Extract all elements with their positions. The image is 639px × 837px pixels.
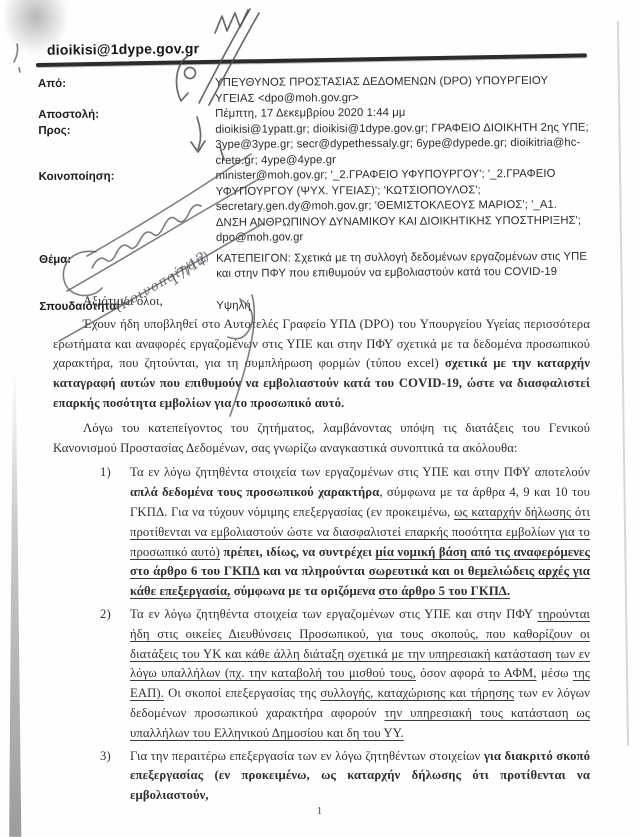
- list-item: 2) Τα εν λόγω ζητηθέντα στοιχεία των εργ…: [53, 605, 590, 744]
- field-row-to: Προς: dioikisi@1ypatt.gr; dioikisi@1dype…: [38, 120, 590, 170]
- text-run: όσον αφορά: [416, 666, 489, 680]
- paragraph-urgency: Λόγω του κατεπείγοντος του ζητήματος, λα…: [53, 419, 590, 459]
- field-row-cc: Κοινοποίηση: minister@moh.gov.gr; '_2.ΓΡ…: [39, 167, 591, 248]
- text-run: Για την περαιτέρω επεξεργασία των εν λόγ…: [130, 749, 484, 763]
- field-row-subject: Θέμα: ΚΑΤΕΠΕΙΓΟΝ: Σχετικά με τη συλλογή …: [39, 249, 591, 283]
- from-label: Από:: [38, 76, 215, 108]
- subject-value: ΚΑΤΕΠΕΙΓΟΝ: Σχετικά με τη συλλογή δεδομέ…: [216, 249, 591, 282]
- text-run: Οι σκοποί επεξεργασίας της: [164, 686, 320, 700]
- scan-right-edge: [618, 22, 628, 745]
- list-item-number: 1): [100, 463, 130, 602]
- letter-body: Αξιότιμοι όλοι, Έχουν ήδη υποβληθεί στο …: [53, 292, 590, 809]
- text-run: πρέπει, ιδίως, να συντρέχει: [223, 545, 375, 559]
- scanned-email-page: dioikisi@1dype.gov.gr Από: ΥΠΕΥΘΥΝΟΣ ΠΡΟ…: [0, 0, 639, 837]
- from-value: ΥΠΕΥΘΥΝΟΣ ΠΡΟΣΤΑΣΙΑΣ ΔΕΔΟΜΕΝΩΝ (DPO) ΥΠΟ…: [215, 74, 590, 107]
- scan-left-streak: [9, 368, 22, 837]
- field-row-from: Από: ΥΠΕΥΘΥΝΟΣ ΠΡΟΣΤΑΣΙΑΣ ΔΕΔΟΜΕΝΩΝ (DPO…: [38, 74, 590, 108]
- cc-label: Κοινοποίηση:: [39, 169, 216, 248]
- list-item-text: Τα εν λόγω ζητηθέντα στοιχεία των εργαζο…: [130, 605, 590, 744]
- account-header: dioikisi@1dype.gov.gr: [47, 40, 199, 58]
- text-run: σύμφωνα με τα οριζόμενα: [230, 584, 378, 598]
- text-run: Τα εν λόγω ζητηθέντα στοιχεία των εργαζο…: [130, 607, 538, 621]
- subject-label: Θέμα:: [39, 251, 216, 283]
- page-number: 1: [0, 805, 639, 817]
- text-run: Τα εν λόγω ζητηθέντα στοιχεία των εργαζο…: [130, 465, 590, 479]
- text-run: Λόγω του κατεπείγοντος του ζητήματος, λα…: [53, 421, 590, 455]
- text-run: απλά δεδομένα τους προσωπικού χαρακτήρα: [130, 485, 379, 499]
- handwritten-scribble: [215, 10, 248, 33]
- text-run: το ΑΦΜ,: [488, 666, 536, 680]
- paragraph-intro: Έχουν ήδη υποβληθεί στο Αυτοτελές Γραφεί…: [53, 315, 590, 414]
- sent-label: Αποστολή:: [38, 107, 215, 124]
- text-run: και να πληρούνται: [259, 564, 368, 578]
- list-item-number: 2): [100, 605, 130, 744]
- to-label: Προς:: [38, 122, 215, 170]
- cc-value: minister@moh.gov.gr; '_2.ΓΡΑΦΕΙΟ ΥΦΥΠΟΥΡ…: [216, 167, 591, 247]
- salutation: Αξιότιμοι όλοι,: [53, 292, 590, 312]
- text-run: στο άρθρο 5 του ΓΚΠΔ.: [379, 584, 511, 598]
- list-item-text: Τα εν λόγω ζητηθέντα στοιχεία των εργαζο…: [130, 463, 590, 602]
- list-item-number: 3): [100, 747, 130, 806]
- list-item-text: Για την περαιτέρω επεξεργασία των εν λόγ…: [130, 747, 590, 806]
- text-run: μέσω: [537, 666, 573, 680]
- list-item: 1) Τα εν λόγω ζητηθέντα στοιχεία των εργ…: [53, 463, 590, 602]
- email-header-fields: Από: ΥΠΕΥΘΥΝΟΣ ΠΡΟΣΤΑΣΙΑΣ ΔΕΔΟΜΕΝΩΝ (DPO…: [38, 74, 591, 315]
- to-value: dioikisi@1ypatt.gr; dioikisi@1dype.gov.g…: [215, 120, 590, 169]
- list-item: 3) Για την περαιτέρω επεξεργασία των εν …: [53, 747, 590, 806]
- text-run: συλλογής, καταχώρισης και τήρησης: [320, 686, 514, 700]
